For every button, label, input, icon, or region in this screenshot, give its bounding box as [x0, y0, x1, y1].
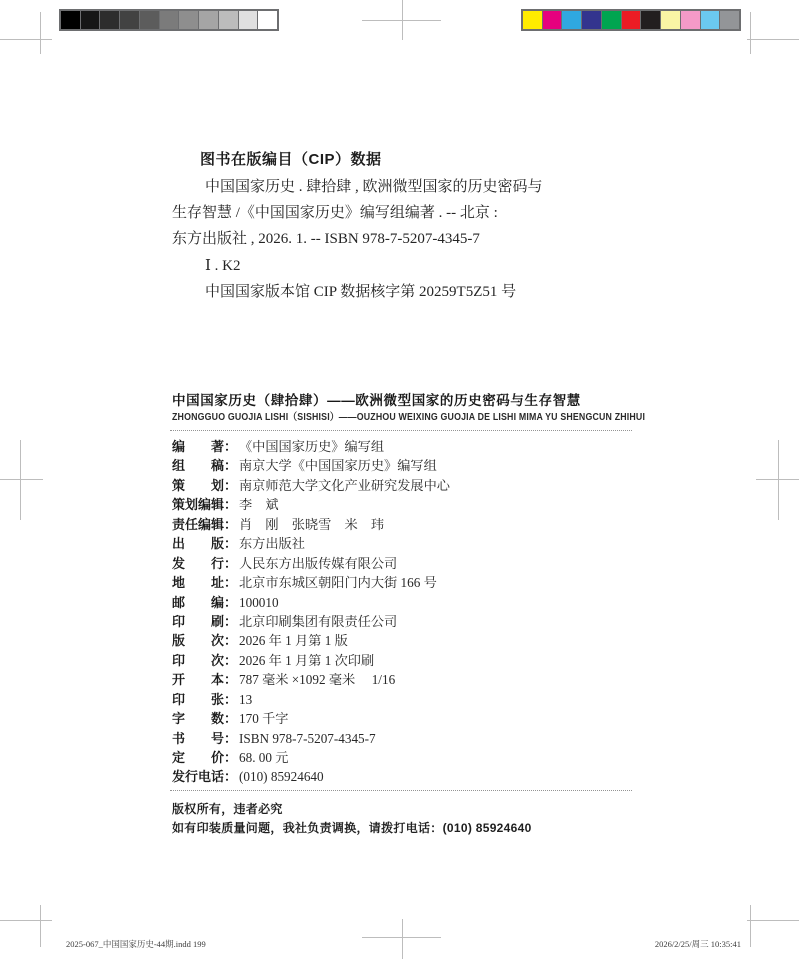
- calibration-swatch: [602, 11, 621, 29]
- imprint-label: 开 本：: [172, 670, 239, 689]
- imprint-label: 定 价：: [172, 748, 239, 767]
- cip-line: 生存智慧 /《中国国家历史》编写组编著 . -- 北京 :: [172, 200, 543, 226]
- crop-mark-right-middle-horizontal: [756, 479, 799, 480]
- crop-mark-bottom-left-horizontal: [0, 920, 52, 921]
- imprint-value: 李 斌: [239, 497, 279, 512]
- calibration-swatch: [219, 11, 238, 29]
- calibration-swatch: [61, 11, 80, 29]
- imprint-row: 字 数：170 千字: [172, 709, 450, 728]
- crop-mark-bottom-right-vertical: [750, 905, 751, 947]
- imprint-label: 编 著：: [172, 437, 239, 456]
- imprint-row: 邮 编：100010: [172, 593, 450, 612]
- color-calibration-bar: [521, 9, 741, 31]
- calibration-swatch: [661, 11, 680, 29]
- calibration-swatch: [258, 11, 277, 29]
- imprint-row: 印 次：2026 年 1 月第 1 次印刷: [172, 651, 450, 670]
- crop-mark-bottom-left-vertical: [40, 905, 41, 947]
- imprint-row: 组 稿：南京大学《中国国家历史》编写组: [172, 456, 450, 475]
- imprint-value: 2026 年 1 月第 1 次印刷: [239, 653, 374, 668]
- imprint-label: 出 版：: [172, 534, 239, 553]
- imprint-value: 100010: [239, 595, 279, 610]
- imprint-label: 字 数：: [172, 709, 239, 728]
- imprint-row: 印 张：13: [172, 690, 450, 709]
- crop-mark-top-left-vertical: [40, 12, 41, 54]
- footer-datetime: 2026/2/25/周三 10:35:41: [500, 938, 741, 950]
- crop-mark-bottom-center-horizontal: [362, 937, 441, 938]
- calibration-swatch: [582, 11, 601, 29]
- imprint-row: 版 次：2026 年 1 月第 1 版: [172, 631, 450, 650]
- calibration-swatch: [562, 11, 581, 29]
- calibration-swatch: [160, 11, 179, 29]
- grayscale-calibration-bar: [59, 9, 279, 31]
- imprint-label: 发行电话：: [172, 767, 239, 786]
- imprint-label: 版 次：: [172, 631, 239, 650]
- book-title: 中国国家历史（肆拾肆）——欧洲微型国家的历史密码与生存智慧: [172, 389, 581, 409]
- calibration-swatch: [179, 11, 198, 29]
- imprint-label: 邮 编：: [172, 593, 239, 612]
- imprint-row: 书 号：ISBN 978-7-5207-4345-7: [172, 729, 450, 748]
- imprint-label: 书 号：: [172, 729, 239, 748]
- calibration-swatch: [81, 11, 100, 29]
- calibration-swatch: [199, 11, 218, 29]
- imprint-value: 2026 年 1 月第 1 版: [239, 633, 348, 648]
- crop-mark-left-middle-vertical: [20, 440, 21, 520]
- imprint-value: 13: [239, 692, 252, 707]
- calibration-swatch: [140, 11, 159, 29]
- imprint-label: 策划编辑：: [172, 495, 239, 514]
- imprint-row: 开 本：787 毫米 ×1092 毫米 1/16: [172, 670, 450, 689]
- crop-mark-right-middle-vertical: [778, 440, 779, 520]
- crop-mark-top-right-horizontal: [747, 39, 799, 40]
- crop-mark-top-left-horizontal: [0, 39, 52, 40]
- crop-mark-top-center-horizontal: [362, 20, 441, 21]
- footer-filename: 2025-067_中国国家历史-44期.indd 199: [66, 938, 206, 950]
- imprint-row: 印 刷：北京印刷集团有限责任公司: [172, 612, 450, 631]
- imprint-row: 发 行：人民东方出版传媒有限公司: [172, 554, 450, 573]
- imprint-label: 印 次：: [172, 651, 239, 670]
- calibration-swatch: [120, 11, 139, 29]
- imprint-label: 责任编辑：: [172, 515, 239, 534]
- cip-line: 中国国家版本馆 CIP 数据核字第 20259T5Z51 号: [172, 279, 543, 305]
- book-copyright-page: 图书在版编目（CIP）数据 中国国家历史 . 肆拾肆 , 欧洲微型国家的历史密码…: [0, 0, 799, 959]
- quality-exchange-notice: 如有印装质量问题，我社负责调换，请拨打电话：(010) 85924640: [172, 819, 532, 836]
- imprint-label: 发 行：: [172, 554, 239, 573]
- imprint-row: 发行电话：(010) 85924640: [172, 767, 450, 786]
- cip-line: 中国国家历史 . 肆拾肆 , 欧洲微型国家的历史密码与: [172, 174, 543, 200]
- imprint-label: 印 张：: [172, 690, 239, 709]
- imprint-value: 68. 00 元: [239, 750, 288, 765]
- imprint-label: 组 稿：: [172, 456, 239, 475]
- imprint-label: 地 址：: [172, 573, 239, 592]
- imprint-row: 定 价：68. 00 元: [172, 748, 450, 767]
- imprint-value: (010) 85924640: [239, 769, 324, 784]
- cip-heading: 图书在版编目（CIP）数据: [200, 148, 382, 169]
- cip-line: Ⅰ . K2: [172, 253, 543, 279]
- calibration-swatch: [622, 11, 641, 29]
- imprint-row: 责任编辑：肖 刚 张晓雪 米 玮: [172, 515, 450, 534]
- calibration-swatch: [720, 11, 739, 29]
- calibration-swatch: [523, 11, 542, 29]
- imprint-row: 策划编辑：李 斌: [172, 495, 450, 514]
- imprint-row: 编 著：《中国国家历史》编写组: [172, 437, 450, 456]
- imprint-row: 地 址：北京市东城区朝阳门内大街 166 号: [172, 573, 450, 592]
- calibration-swatch: [701, 11, 720, 29]
- crop-mark-bottom-right-horizontal: [747, 920, 799, 921]
- imprint-value: 南京大学《中国国家历史》编写组: [239, 458, 437, 473]
- imprint-value: 《中国国家历史》编写组: [239, 439, 384, 454]
- imprint-value: 北京市东城区朝阳门内大街 166 号: [239, 575, 437, 590]
- cip-data-block: 中国国家历史 . 肆拾肆 , 欧洲微型国家的历史密码与 生存智慧 /《中国国家历…: [172, 174, 543, 305]
- imprint-row: 策 划：南京师范大学文化产业研究发展中心: [172, 476, 450, 495]
- cip-line: 东方出版社 , 2026. 1. -- ISBN 978-7-5207-4345…: [172, 226, 543, 252]
- copyright-notice: 版权所有，违者必究: [172, 800, 283, 817]
- imprint-value: ISBN 978-7-5207-4345-7: [239, 731, 376, 746]
- imprint-row: 出 版：东方出版社: [172, 534, 450, 553]
- imprint-value: 787 毫米 ×1092 毫米 1/16: [239, 672, 395, 687]
- crop-mark-bottom-center-vertical: [402, 919, 403, 959]
- imprint-list: 编 著：《中国国家历史》编写组 组 稿：南京大学《中国国家历史》编写组 策 划：…: [172, 437, 450, 787]
- crop-mark-top-right-vertical: [750, 12, 751, 54]
- imprint-value: 北京印刷集团有限责任公司: [239, 614, 397, 629]
- calibration-swatch: [239, 11, 258, 29]
- imprint-value: 东方出版社: [239, 536, 305, 551]
- imprint-value: 肖 刚 张晓雪 米 玮: [239, 517, 384, 532]
- calibration-swatch: [100, 11, 119, 29]
- imprint-value: 人民东方出版传媒有限公司: [239, 556, 397, 571]
- calibration-swatch: [641, 11, 660, 29]
- imprint-label: 策 划：: [172, 476, 239, 495]
- dotted-divider-top: [170, 430, 632, 431]
- calibration-swatch: [681, 11, 700, 29]
- imprint-value: 南京师范大学文化产业研究发展中心: [239, 478, 450, 493]
- dotted-divider-bottom: [170, 790, 632, 791]
- crop-mark-left-middle-horizontal: [0, 479, 43, 480]
- imprint-label: 印 刷：: [172, 612, 239, 631]
- imprint-value: 170 千字: [239, 711, 288, 726]
- calibration-swatch: [543, 11, 562, 29]
- book-title-pinyin: ZHONGGUO GUOJIA LISHI（SISHISI）——OUZHOU W…: [172, 408, 645, 423]
